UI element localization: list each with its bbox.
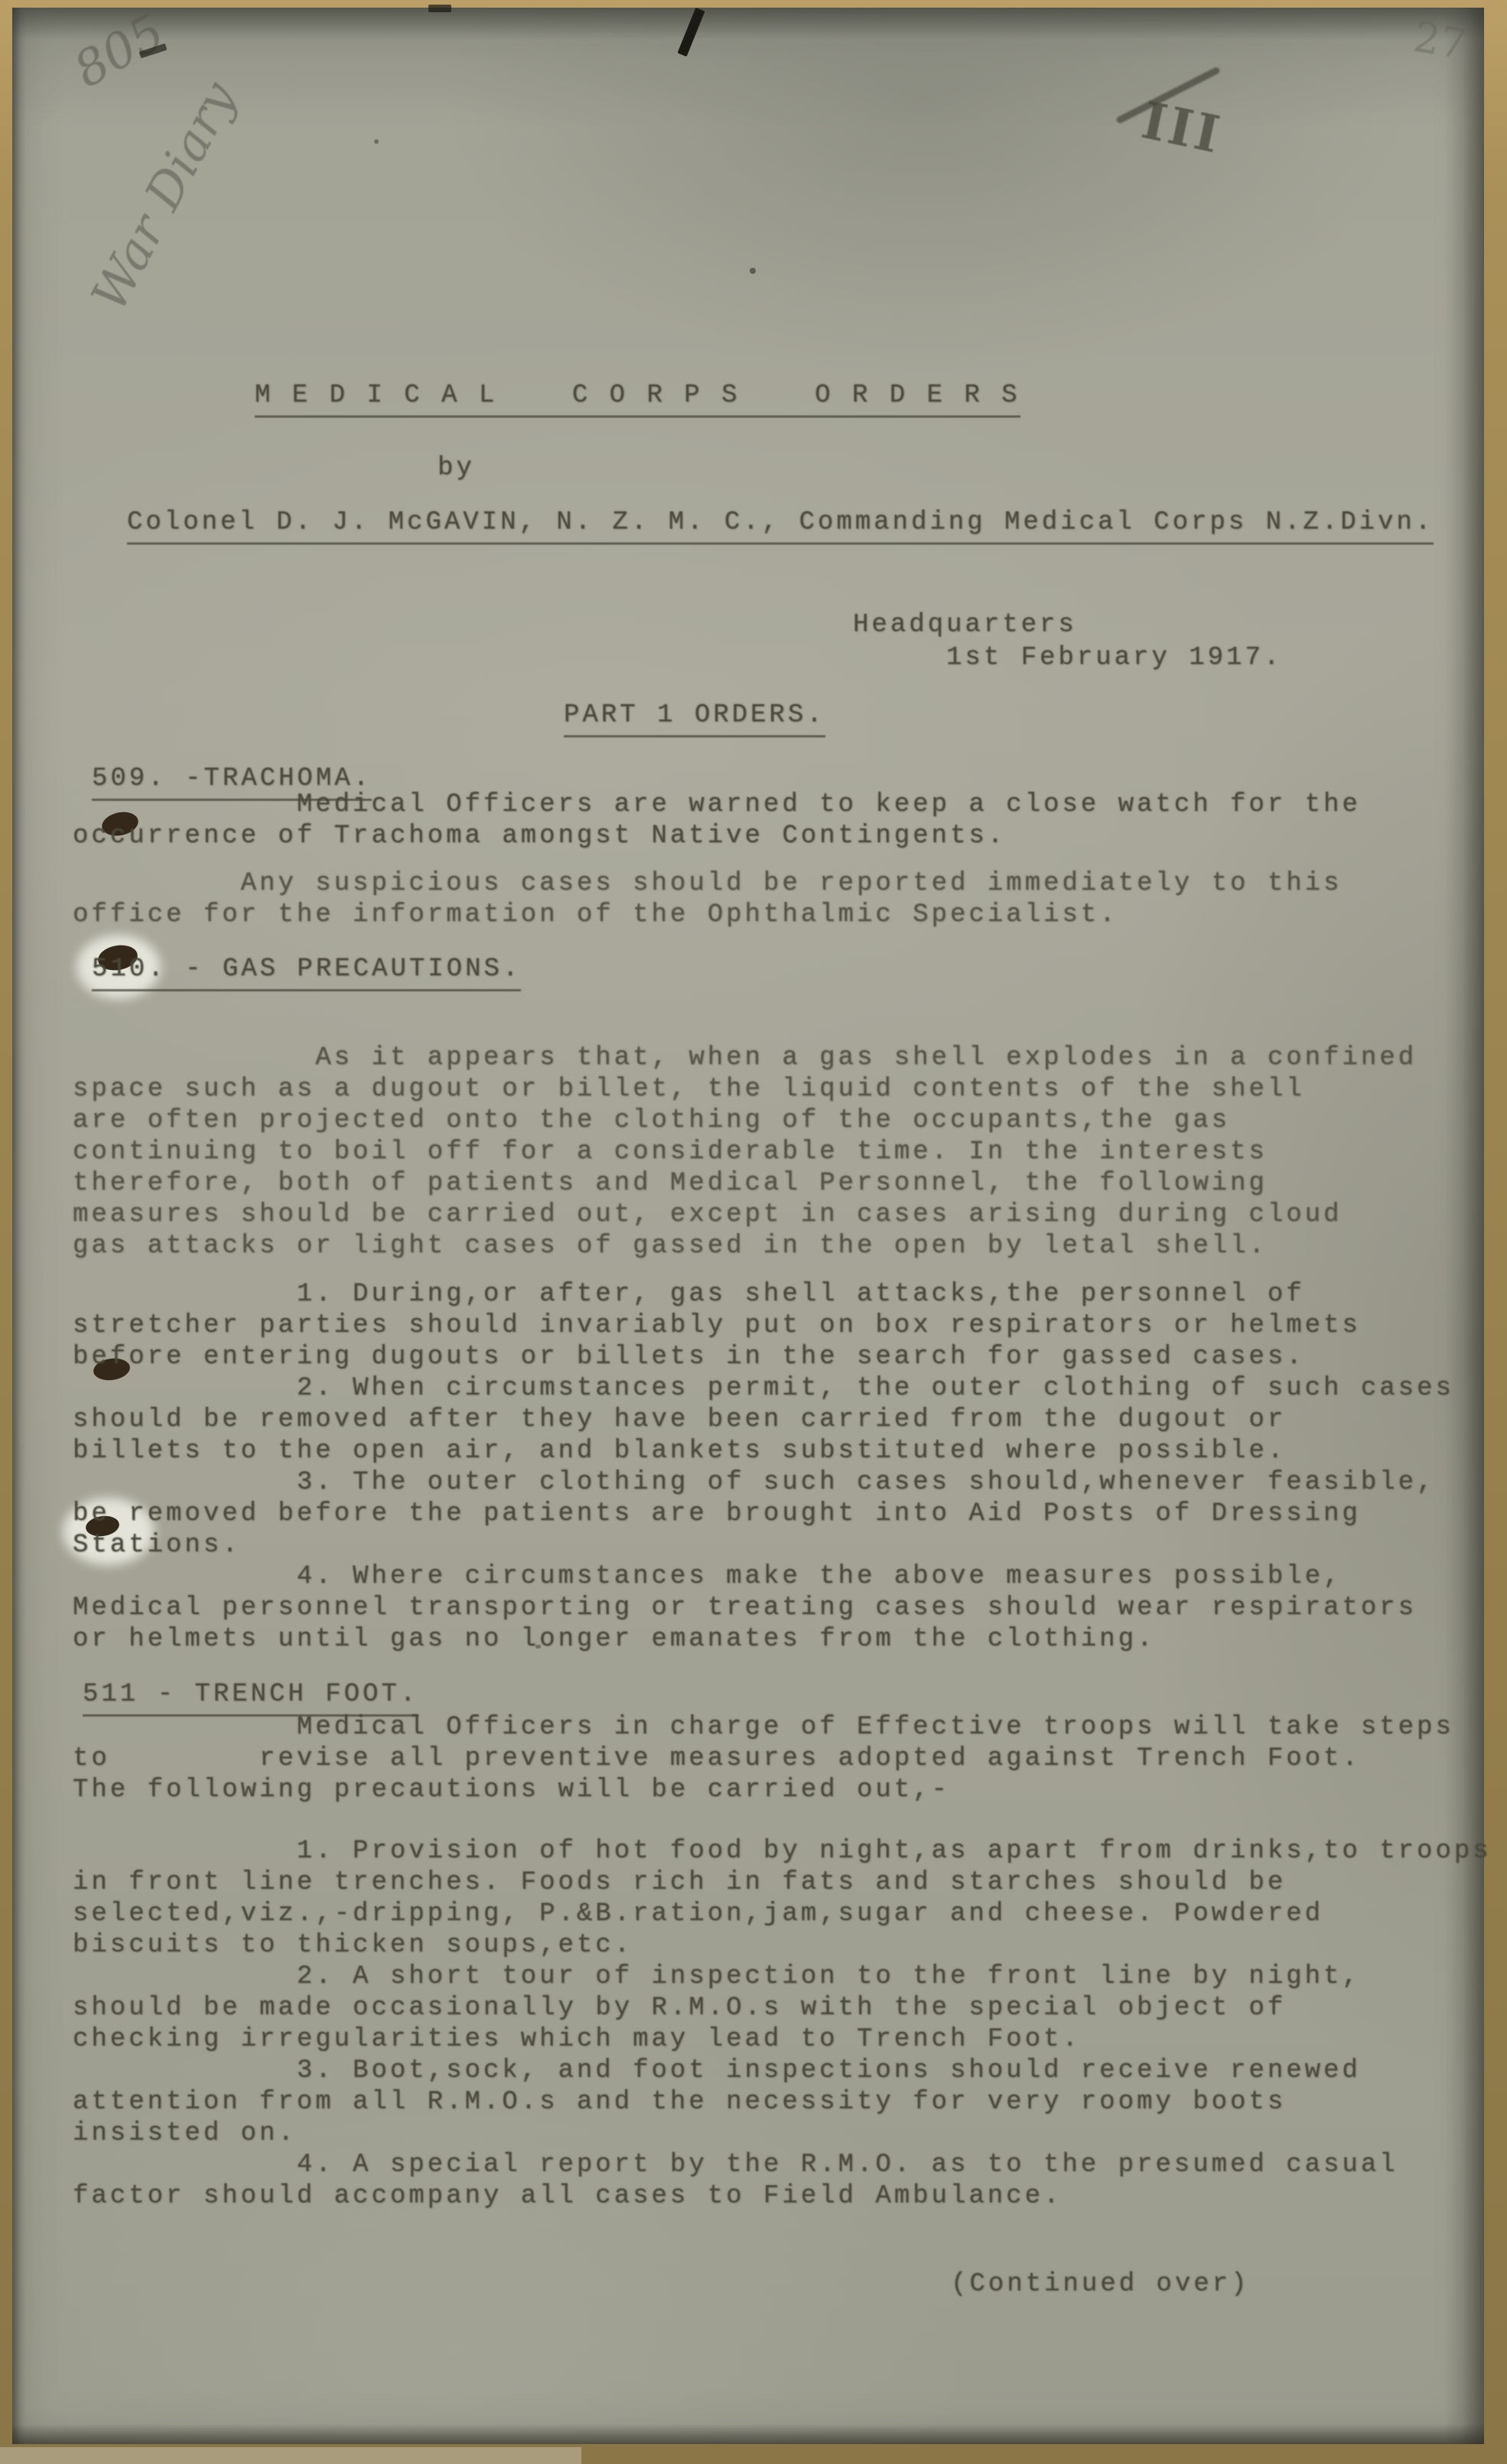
section-509-paragraph-2: Any suspicious cases should be reported …	[73, 868, 1342, 931]
paper-edge-left	[12, 8, 26, 2444]
dirt-speck	[374, 139, 379, 144]
section-511-items: 1. Provision of hot food by night,as apa…	[73, 1836, 1492, 2212]
section-510-items: 1. During,or after, gas shell attacks,th…	[73, 1279, 1454, 1655]
scanned-page: { "annotations": { "file_number": "805",…	[0, 0, 1507, 2464]
section-510-intro: As it appears that, when a gas shell exp…	[73, 1043, 1417, 1262]
document-title: M E D I C A L C O R P S O R D E R S	[255, 380, 1020, 412]
section-509-paragraph-1: Medical Officers are warned to keep a cl…	[73, 789, 1361, 852]
continued-note: (Continued over)	[951, 2269, 1249, 2300]
paper-edge-bottom	[12, 2424, 1484, 2444]
section-511-intro: Medical Officers in charge of Effective …	[73, 1712, 1454, 1806]
section-511-heading-text: 511 - TRENCH FOOT.	[83, 1680, 418, 1717]
part-heading: PART 1 ORDERS.	[564, 700, 825, 731]
page-number-annotation: 27	[1410, 13, 1470, 70]
backing-surface	[0, 2447, 581, 2464]
dirt-mark	[428, 5, 451, 12]
byline: by	[438, 453, 475, 484]
document-title-text: M E D I C A L C O R P S O R D E R S	[255, 381, 1020, 418]
section-510-heading: 510. - GAS PRECAUTIONS.	[92, 954, 521, 985]
dirt-speck	[750, 268, 756, 274]
author-line-text: Colonel D. J. McGAVIN, N. Z. M. C., Comm…	[127, 508, 1434, 545]
date-line: 1st February 1917.	[946, 643, 1282, 674]
section-510-heading-text: 510. - GAS PRECAUTIONS.	[92, 955, 521, 991]
section-511-heading: 511 - TRENCH FOOT.	[83, 1679, 418, 1710]
part-heading-text: PART 1 ORDERS.	[564, 701, 825, 737]
author-line: Colonel D. J. McGAVIN, N. Z. M. C., Comm…	[127, 507, 1434, 539]
headquarters-line: Headquarters	[853, 610, 1077, 641]
